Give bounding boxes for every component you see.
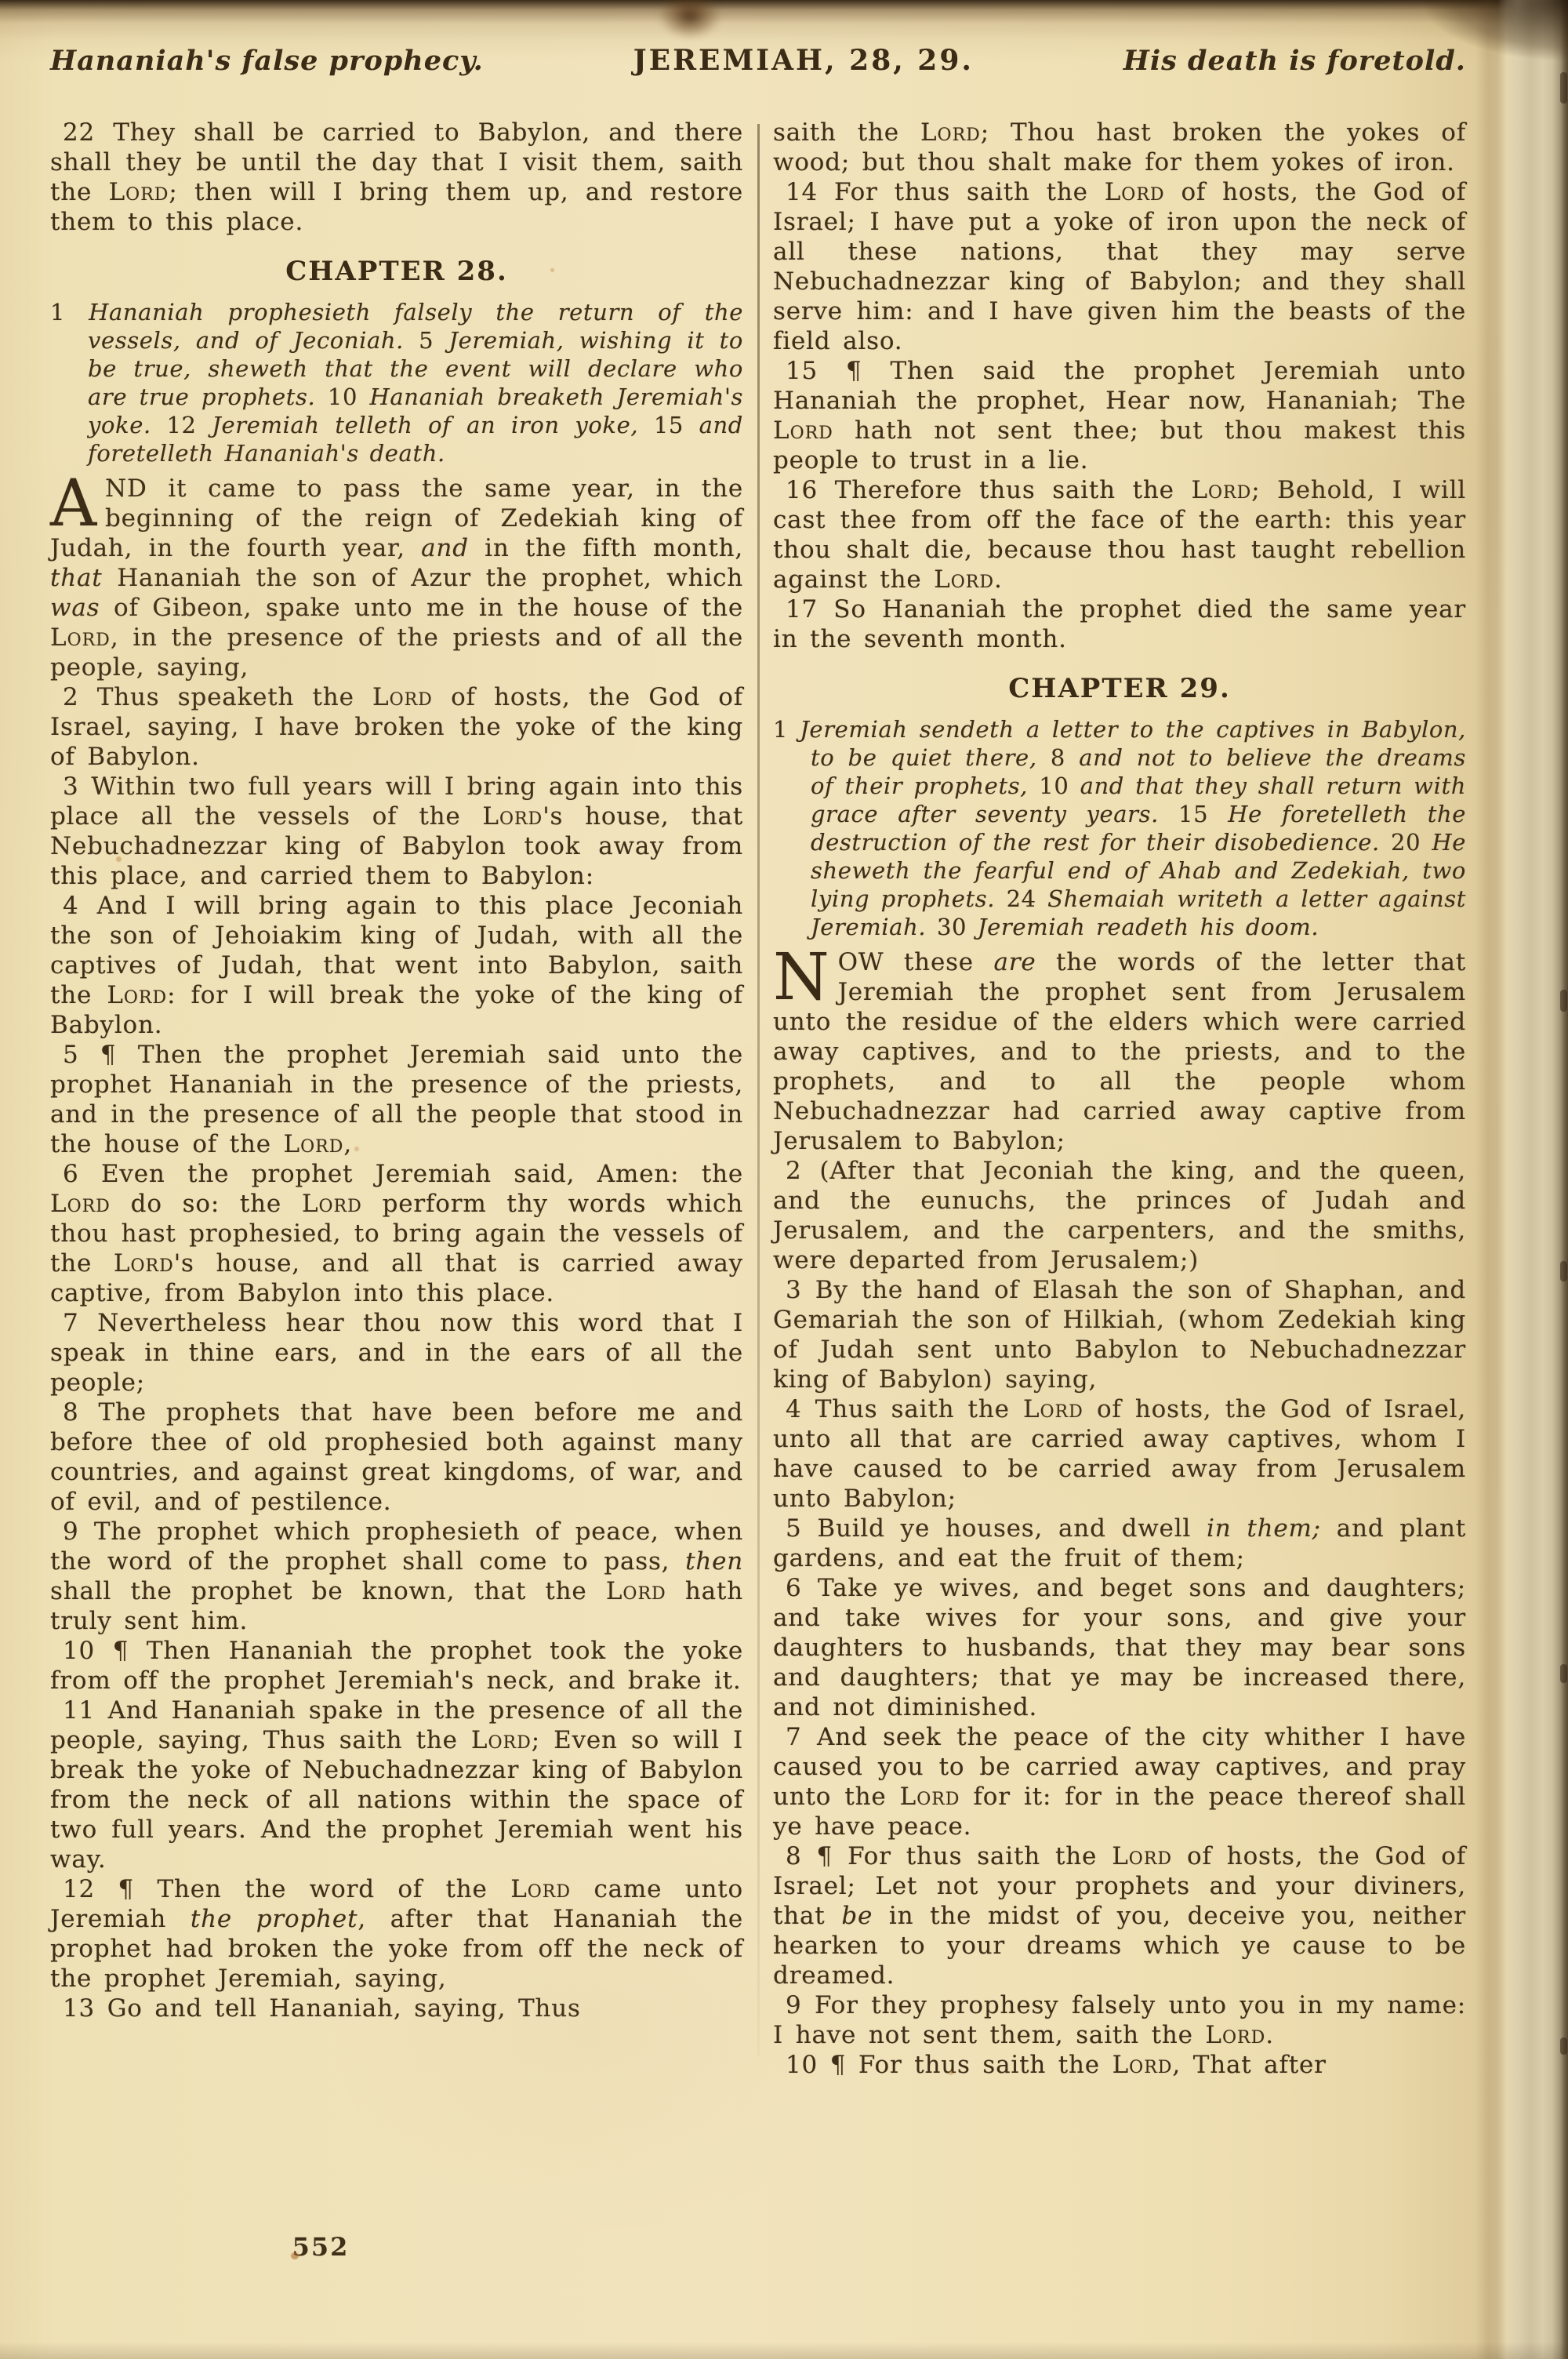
verse-paragraph: 2 Thus speaketh the Lord of hosts, the G… (50, 682, 743, 772)
verse-paragraph: 3 By the hand of Elasah the son of Shaph… (773, 1275, 1466, 1394)
text-run: 15 (638, 412, 699, 438)
text-run: of Gibeon, spake unto me in the house of… (100, 594, 743, 622)
lord-smallcaps: Lord (1023, 1395, 1083, 1423)
text-run: 7 Nevertheless hear thou now this word t… (50, 1309, 743, 1397)
verse-paragraph: 2 (After that Jeconiah the king, and the… (773, 1156, 1466, 1275)
opening-verse: NOW these are the words of the letter th… (773, 947, 1466, 1156)
lord-smallcaps: Lord (1112, 1842, 1172, 1870)
text-run: , That after (1172, 2051, 1326, 2079)
text-run: 20 (1380, 829, 1432, 856)
verse-paragraph: 9 The prophet which prophesieth of peace… (50, 1517, 743, 1636)
running-head-right: His death is foretold. (1123, 45, 1466, 77)
text-run: . (994, 565, 1003, 594)
verse-paragraph: 17 So Hananiah the prophet died the same… (773, 594, 1466, 654)
text-columns: 22 They shall be carried to Babylon, and… (50, 118, 1474, 2080)
text-run: 8 (1037, 744, 1080, 771)
verse-paragraph: 5 ¶ Then the prophet Jeremiah said unto … (50, 1040, 743, 1159)
text-run: 24 (995, 885, 1047, 912)
verse-paragraph: 16 Therefore thus saith the Lord; Behold… (773, 475, 1466, 594)
text-run: 10 ¶ Then Hananiah the prophet took the … (50, 1637, 743, 1695)
verse-paragraph: 10 ¶ Then Hananiah the prophet took the … (50, 1636, 743, 1696)
page-edge-mark (1560, 990, 1567, 1012)
verse-paragraph: 10 ¶ For thus saith the Lord, That after (773, 2050, 1466, 2080)
lord-smallcaps: Lord (50, 1190, 111, 1218)
text-run: 13 Go and tell Hananiah, saying, Thus (63, 1994, 581, 2023)
running-head-left: Hananiah's false prophecy. (50, 45, 484, 77)
text-run: 6 Even the prophet Jeremiah said, Amen: … (63, 1160, 743, 1188)
top-edge-stain (659, 0, 721, 39)
text-run: in them; (1207, 1514, 1321, 1543)
text-run: the prophet (191, 1905, 358, 1933)
lord-smallcaps: Lord (482, 802, 543, 831)
text-run: 6 Take ye wives, and beget sons and daug… (773, 1574, 1466, 1721)
left-column: 22 They shall be carried to Babylon, and… (50, 118, 743, 2080)
text-run: 14 For thus saith the (786, 178, 1105, 206)
text-run: 1 (773, 716, 800, 743)
lord-smallcaps: Lord (773, 416, 833, 445)
lord-smallcaps: Lord (372, 683, 433, 711)
verse-paragraph: 9 For they prophesy falsely unto you in … (773, 1990, 1466, 2050)
text-run: 10 (1028, 772, 1080, 799)
lord-smallcaps: Lord (109, 178, 169, 206)
right-column: saith the Lord; Thou hast broken the yok… (773, 118, 1466, 2080)
text-run: 2 (After that Jeconiah the king, and the… (773, 1157, 1466, 1274)
text-run: 1 (50, 299, 89, 325)
running-head-center: JEREMIAH, 28, 29. (633, 44, 974, 77)
lord-smallcaps: Lord (934, 565, 994, 594)
drop-cap-letter: N (773, 950, 830, 1006)
lord-smallcaps: Lord (1105, 178, 1165, 206)
verse-paragraph: 11 And Hananiah spake in the presence of… (50, 1696, 743, 1874)
text-run: 17 So Hananiah the prophet died the same… (773, 595, 1466, 653)
lord-smallcaps: Lord (920, 118, 981, 147)
scanned-bible-page: Hananiah's false prophecy. JEREMIAH, 28,… (0, 0, 1568, 2359)
verse-paragraph: 14 For thus saith the Lord of hosts, the… (773, 177, 1466, 356)
column-divider (757, 124, 760, 2056)
page-number: 552 (50, 2232, 591, 2262)
verse-paragraph: 6 Take ye wives, and beget sons and daug… (773, 1573, 1466, 1722)
lord-smallcaps: Lord (1191, 476, 1251, 504)
bottom-edge-shadow (0, 2342, 1568, 2359)
text-run: 5 (404, 327, 448, 354)
verse-paragraph: 22 They shall be carried to Babylon, and… (50, 118, 743, 237)
text-run: 3 By the hand of Elasah the son of Shaph… (773, 1276, 1466, 1394)
running-head: Hananiah's false prophecy. JEREMIAH, 28,… (50, 44, 1466, 77)
lord-smallcaps: Lord (1112, 2051, 1173, 2079)
verse-paragraph: 8 ¶ For thus saith the Lord of hosts, th… (773, 1841, 1466, 1990)
text-run: that (50, 564, 103, 592)
text-run: 2 Thus speaketh the (63, 683, 372, 711)
lord-smallcaps: Lord (302, 1190, 362, 1218)
verse-paragraph: 8 The prophets that have been before me … (50, 1398, 743, 1517)
lord-smallcaps: Lord (471, 1726, 532, 1754)
text-run: , in the presence of the priests and of … (50, 623, 743, 682)
verse-paragraph: 13 Go and tell Hananiah, saying, Thus (50, 1994, 743, 2023)
text-run: , (343, 1130, 352, 1158)
text-run: be (841, 1902, 873, 1930)
verse-paragraph: 3 Within two full years will I bring aga… (50, 772, 743, 891)
lord-smallcaps: Lord (284, 1130, 344, 1158)
text-run: Jeremiah telleth of an iron yoke, (212, 412, 638, 438)
book-page-edges (1475, 0, 1568, 2359)
text-run: 5 ¶ Then the prophet Jeremiah said unto … (50, 1041, 743, 1158)
lord-smallcaps: Lord (510, 1875, 571, 1903)
chapter-summary: 1 Jeremiah sendeth a letter to the capti… (773, 715, 1466, 941)
verse-paragraph: 12 ¶ Then the word of the Lord came unto… (50, 1874, 743, 1994)
page-edge-mark (1560, 1261, 1567, 1281)
opening-verse: AND it came to pass the same year, in th… (50, 474, 743, 682)
verse-paragraph: 5 Build ye houses, and dwell in them; an… (773, 1514, 1466, 1573)
text-run: 8 ¶ For thus saith the (786, 1842, 1112, 1870)
text-run: do so: the (111, 1190, 302, 1218)
text-run: 8 The prophets that have been before me … (50, 1398, 743, 1516)
text-run: 12 ¶ Then the word of the (63, 1875, 510, 1903)
text-run: in the midst of you, deceive you, neithe… (773, 1902, 1466, 1990)
text-run: 9 The prophet which prophesieth of peace… (50, 1518, 743, 1576)
text-run: 12 (151, 412, 212, 438)
drop-cap-letter: A (50, 476, 97, 533)
text-run: . (1265, 2021, 1274, 2049)
text-run: 16 Therefore thus saith the (786, 476, 1191, 504)
text-run: 10 (315, 383, 369, 410)
verse-paragraph: 4 Thus saith the Lord of hosts, the God … (773, 1394, 1466, 1514)
text-run: shall the prophet be known, that the (50, 1577, 606, 1605)
text-run: the words of the letter that Jeremiah th… (773, 948, 1466, 1155)
chapter-summary: 1 Hananiah prophesieth falsely the retur… (50, 298, 743, 467)
text-run: then (685, 1547, 743, 1576)
text-run: saith the (773, 118, 920, 147)
text-run: OW these (838, 948, 994, 976)
page-edge-mark (1560, 2037, 1567, 2055)
text-run: was (50, 594, 100, 622)
lord-smallcaps: Lord (107, 981, 167, 1009)
verse-continuation: saith the Lord; Thou hast broken the yok… (773, 118, 1466, 177)
text-run: are (993, 948, 1036, 976)
text-run: 5 Build ye houses, and dwell (786, 1514, 1207, 1543)
page-edge-mark (1560, 72, 1567, 104)
lord-smallcaps: Lord (1205, 2021, 1265, 2049)
lord-smallcaps: Lord (900, 1783, 960, 1811)
text-run: 9 For they prophesy falsely unto you in … (773, 1991, 1466, 2049)
text-run: 10 ¶ For thus saith the (786, 2051, 1112, 2079)
text-run: 4 Thus saith the (786, 1395, 1023, 1423)
text-run: Hananiah the son of Azur the prophet, wh… (103, 564, 743, 592)
lord-smallcaps: Lord (50, 623, 111, 652)
text-run: 15 ¶ Then said the prophet Jeremiah unto… (773, 357, 1466, 415)
text-run: 30 (926, 914, 978, 940)
text-run: hath not sent thee; but thou makest this… (773, 416, 1466, 474)
chapter-heading: CHAPTER 29. (773, 673, 1466, 704)
chapter-heading: CHAPTER 28. (50, 256, 743, 287)
text-run: in the fifth month, (469, 534, 743, 562)
lord-smallcaps: Lord (114, 1249, 174, 1278)
text-run: 15 (1159, 801, 1228, 827)
verse-paragraph: 7 And seek the peace of the city whither… (773, 1722, 1466, 1841)
verse-paragraph: 6 Even the prophet Jeremiah said, Amen: … (50, 1159, 743, 1308)
text-run: and (421, 534, 469, 562)
page-edge-mark (1560, 1664, 1567, 1683)
verse-paragraph: 7 Nevertheless hear thou now this word t… (50, 1308, 743, 1398)
verse-paragraph: 15 ¶ Then said the prophet Jeremiah unto… (773, 356, 1466, 475)
lord-smallcaps: Lord (606, 1577, 666, 1605)
text-run: Jeremiah readeth his doom. (978, 914, 1319, 940)
verse-paragraph: 4 And I will bring again to this place J… (50, 891, 743, 1040)
